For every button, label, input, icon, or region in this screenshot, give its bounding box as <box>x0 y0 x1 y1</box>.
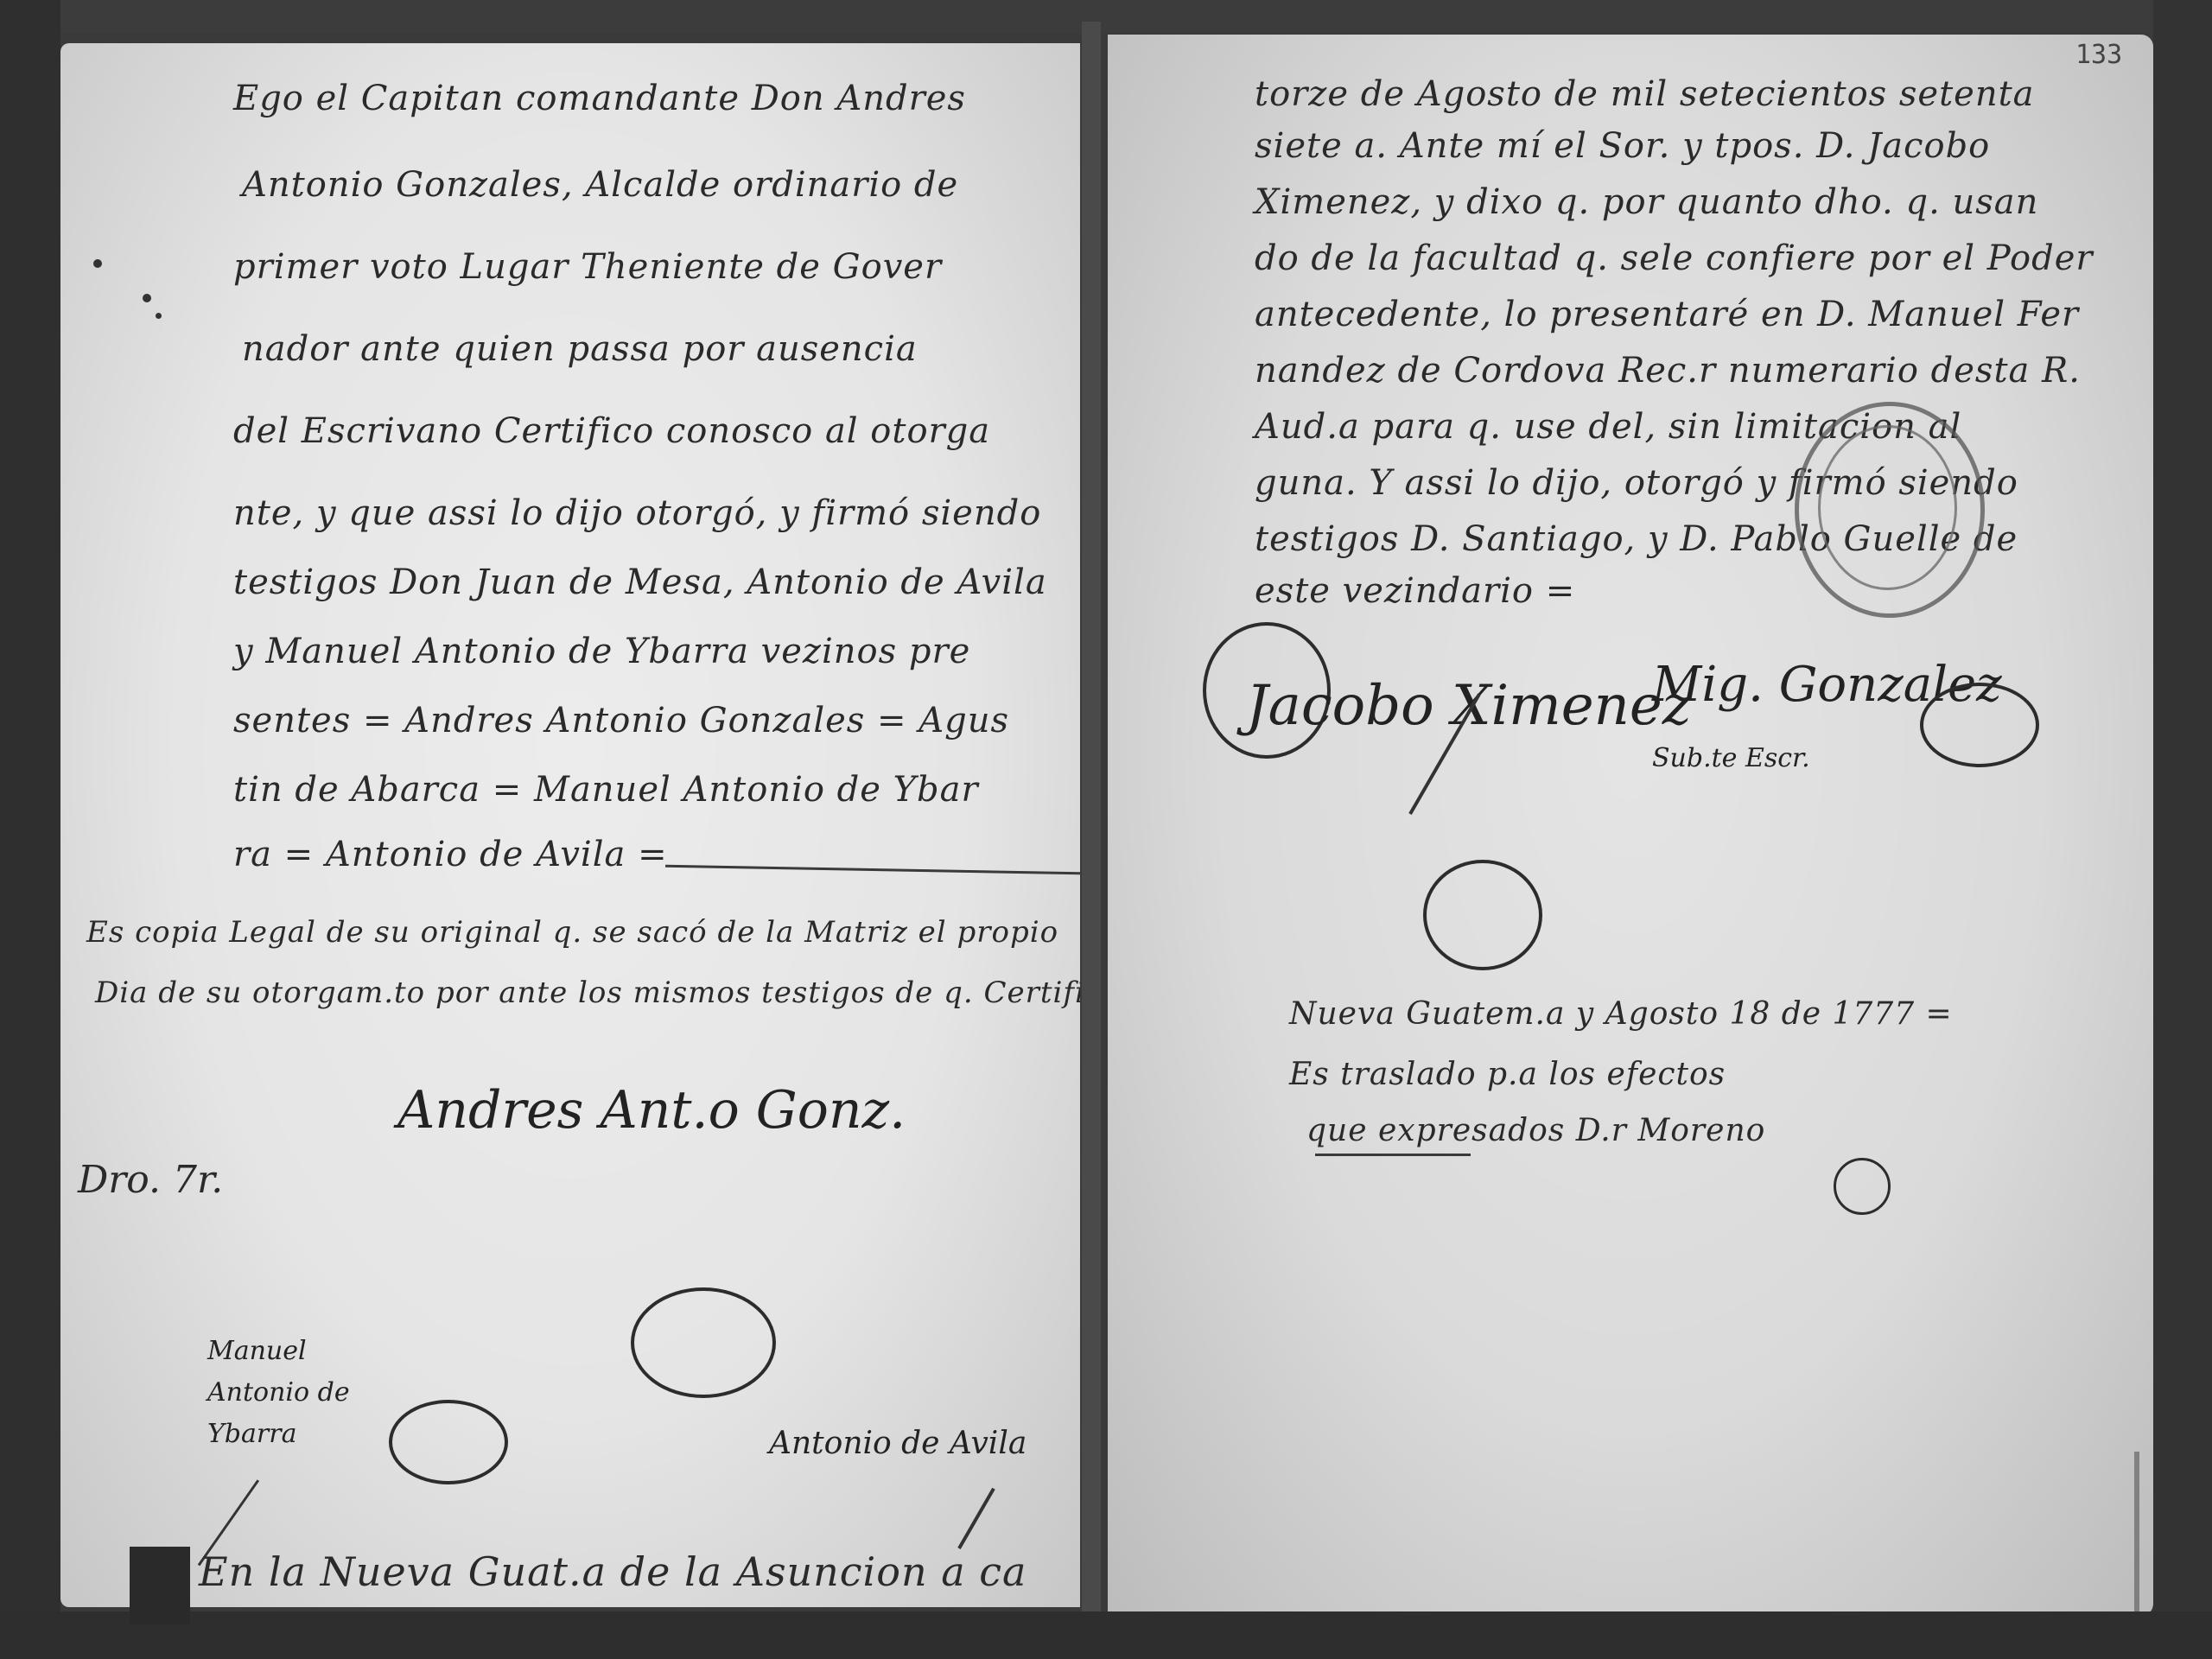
notarial-seal <box>1795 402 1985 618</box>
rubric-stroke <box>957 1488 995 1549</box>
margin-note: Dro. 7r. <box>78 1158 223 1202</box>
scan-edge-left <box>0 0 60 1659</box>
scan-edge-right <box>2153 0 2212 1659</box>
text-line: antecedente, lo presentaré en D. Manuel … <box>1255 294 2079 335</box>
rubric-flourish <box>1423 860 1542 970</box>
text-line: Dia de su otorgam.to por ante los mismos… <box>95 972 1080 1014</box>
folio-number: 133 <box>2075 40 2122 70</box>
text-line: primer voto Lugar Theniente de Gover <box>233 246 942 288</box>
signature-sub-escrivano: Sub.te Escr. <box>1652 743 1810 773</box>
text-line: tin de Abarca = Manuel Antonio de Ybar <box>233 769 979 810</box>
binding-tab <box>130 1547 190 1624</box>
footer-line: En la Nueva Guat.a de la Asuncion a ca <box>199 1551 1027 1592</box>
text-line: y Manuel Antonio de Ybarra vezinos pre <box>233 631 970 672</box>
scan-background: Ego el Capitan comandante Don Andres Ant… <box>0 0 2212 1659</box>
text-line: Antonio Gonzales, Alcalde ordinario de <box>242 164 958 206</box>
text-line: Nueva Guatem.a y Agosto 18 de 1777 = <box>1289 994 1953 1035</box>
scan-edge-bottom <box>0 1611 2212 1659</box>
text-line: nador ante quien passa por ausencia <box>242 328 918 370</box>
text-line: testigos Don Juan de Mesa, Antonio de Av… <box>233 562 1047 603</box>
text-line: Ximenez, y dixo q. por quanto dho. q. us… <box>1255 181 2038 223</box>
book-gutter <box>1082 22 1101 1633</box>
rubric-flourish <box>1920 683 2039 767</box>
right-page: 133 torze de Agosto de mil setecientos s… <box>1108 35 2153 1616</box>
text-line: que expresados D.r Moreno <box>1306 1110 1765 1152</box>
text-line: torze de Agosto de mil setecientos seten… <box>1255 73 2035 115</box>
ink-spot <box>143 294 151 302</box>
ink-spot <box>156 313 162 319</box>
ink-spot <box>93 259 102 268</box>
text-line: este vezindario = <box>1255 570 1575 612</box>
closing-rule <box>665 865 1080 874</box>
rubric-flourish <box>631 1287 776 1398</box>
text-line: siete a. Ante mí el Sor. y tpos. D. Jaco… <box>1255 125 1990 167</box>
text-line: nte, y que assi lo dijo otorgó, y firmó … <box>233 493 1041 534</box>
signature-antonio-avila: Antonio de Avila <box>769 1426 1027 1461</box>
underline <box>1315 1154 1471 1156</box>
text-line: ra = Antonio de Avila = <box>233 834 668 875</box>
text-line: nandez de Cordova Rec.r numerario desta … <box>1255 350 2081 391</box>
text-line: do de la facultad q. sele confiere por e… <box>1255 238 2094 279</box>
text-line: sentes = Andres Antonio Gonzales = Agus <box>233 700 1009 741</box>
rubric-flourish <box>389 1400 508 1484</box>
text-line: del Escrivano Certifico conosco al otorg… <box>233 410 990 452</box>
page-fold <box>2134 1452 2165 1624</box>
seal-inner-ring <box>1818 425 1957 590</box>
text-line: Es traslado p.a los efectos <box>1289 1054 1726 1096</box>
signature-andres-gonzales: Andres Ant.o Gonz. <box>397 1080 906 1141</box>
left-page: Ego el Capitan comandante Don Andres Ant… <box>60 43 1080 1607</box>
signature-manuel-ybarra: Manuel Antonio de Ybarra <box>207 1331 397 1455</box>
text-line: Es copia Legal de su original q. se sacó… <box>86 912 1058 953</box>
text-line: Ego el Capitan comandante Don Andres <box>233 78 966 119</box>
scan-edge-top <box>0 0 2212 33</box>
signature-jacobo-ximenez: Jacobo Ximenez <box>1246 674 1691 738</box>
rubric-flourish <box>1834 1158 1891 1215</box>
